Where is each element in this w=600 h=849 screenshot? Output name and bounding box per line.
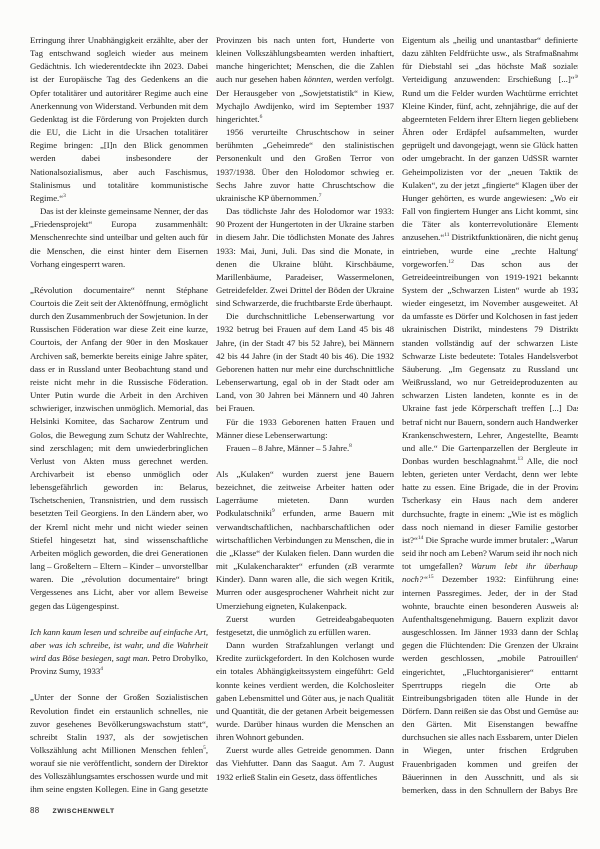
text-segment: Frauen – 8 Jahre, Männer – 5 Jahre.	[226, 443, 349, 453]
footnote-ref: 6	[260, 114, 263, 120]
paragraph: „Révolution documentaire“ nennt Stéphane…	[30, 284, 208, 613]
text-segment: Für die 1933 Geborenen hatten Frauen und…	[216, 417, 394, 440]
paragraph: 1956 verurteilte Chruschtschow in seiner…	[216, 126, 394, 205]
paragraph: Erringung ihrer Unabhängigkeit erzählte,…	[30, 34, 208, 205]
footnote-ref: 3	[63, 193, 66, 199]
text-segment: 1956 verurteilte Chruschtschow in seiner…	[216, 127, 394, 203]
text-segment: Das tödlichste Jahr des Holodomor war 19…	[216, 206, 394, 308]
text-columns: Erringung ihrer Unabhängigkeit erzählte,…	[30, 34, 578, 796]
page-number: 88	[30, 806, 40, 815]
paragraph: „Unter der Sonne der Großen Sozialistisc…	[30, 691, 208, 796]
text-segment: Zuerst wurden Getreideabgabequoten festg…	[216, 614, 394, 637]
paragraph: Dann wurden Strafzahlungen verlangt und …	[216, 639, 394, 744]
footnote-ref: 7	[319, 193, 322, 199]
paragraph: Zuerst wurden Getreideabgabequoten festg…	[216, 613, 394, 639]
paragraph: Das tödlichste Jahr des Holodomor war 19…	[216, 205, 394, 310]
text-column-1: Erringung ihrer Unabhängigkeit erzählte,…	[30, 34, 208, 796]
page-footer: 88 ZWISCHENWELT	[30, 806, 115, 815]
text-segment: „Unter der Sonne der Großen Sozialistisc…	[30, 692, 208, 755]
paragraph: Als „Kulaken“ wurden zuerst jene Bauern …	[216, 468, 394, 613]
text-segment: Erringung ihrer Unabhängigkeit erzählte,…	[30, 35, 208, 203]
text-segment: Eigentum als „heilig und unantastbar“ de…	[402, 35, 578, 84]
paragraph: Für die 1933 Geborenen hatten Frauen und…	[216, 416, 394, 442]
text-segment: Rund um die Felder wurden Wachtürme erri…	[402, 88, 578, 243]
text-segment: Die durchschnittliche Lebenserwartung vo…	[216, 311, 394, 413]
text-segment: könnten	[304, 74, 332, 84]
paragraph: Zuerst wurde alles Getreide genommen. Da…	[216, 744, 394, 783]
paragraph: Die durchschnittliche Lebenserwartung vo…	[216, 310, 394, 415]
paragraph: Frauen – 8 Jahre, Männer – 5 Jahre.8	[216, 442, 394, 455]
text-segment: „Révolution documentaire“ nennt Stéphane…	[30, 285, 208, 611]
paragraph: Provinzen bis nach unten fort, Hunderte …	[216, 34, 394, 126]
text-segment: Zuerst wurde alles Getreide genommen. Da…	[216, 745, 394, 781]
text-segment: Das ist der kleinste gemeinsame Nenner, …	[30, 206, 208, 269]
footnote-ref: 10	[575, 75, 578, 81]
text-column-2: Provinzen bis nach unten fort, Hunderte …	[216, 34, 394, 796]
journal-title: ZWISCHENWELT	[53, 808, 115, 815]
text-segment: Das schon aus den Getreideeintreibungen …	[402, 259, 578, 466]
text-segment: Dezember 1932: Einführung eines internen…	[402, 574, 578, 796]
footnote-ref: 8	[349, 443, 352, 449]
paragraph: Ich kann kaum lesen und schreibe auf ein…	[30, 626, 208, 679]
text-segment: Alle, die noch lebten, gerieten unter Ve…	[402, 456, 578, 545]
paragraph: Eigentum als „heilig und unantastbar“ de…	[402, 34, 578, 796]
text-segment: Dann wurden Strafzahlungen verlangt und …	[216, 640, 394, 742]
paragraph: Das ist der kleinste gemeinsame Nenner, …	[30, 205, 208, 271]
magazine-page: Erringung ihrer Unabhängigkeit erzählte,…	[0, 0, 600, 849]
footnote-ref: 4	[100, 666, 103, 672]
text-column-3: Eigentum als „heilig und unantastbar“ de…	[402, 34, 578, 796]
text-segment: erfunden, arme Bauern mit verwandtschaft…	[216, 508, 394, 610]
